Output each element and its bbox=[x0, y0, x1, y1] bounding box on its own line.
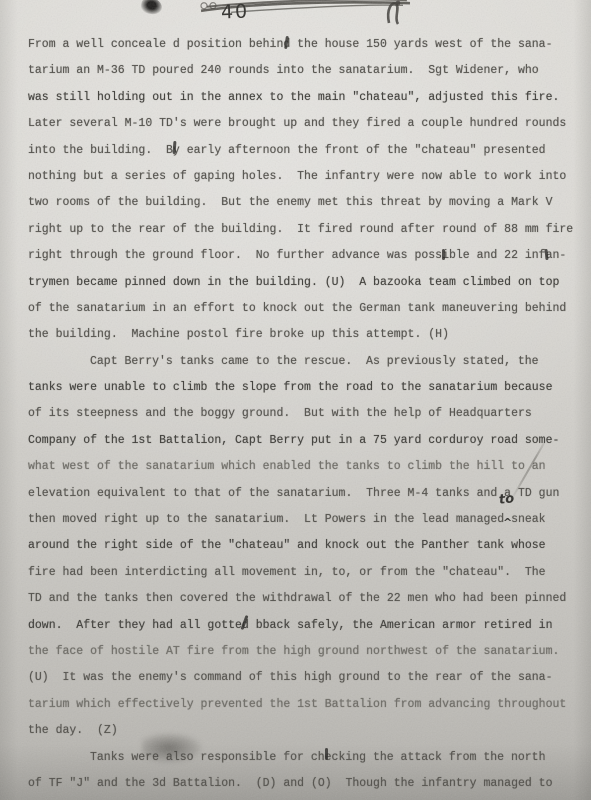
text-line: two rooms of the building. But the enemy… bbox=[0, 190, 591, 216]
insertion-caret: ^ bbox=[503, 518, 512, 528]
overstrike-mark-possible bbox=[442, 249, 445, 260]
text-line: Capt Berry's tanks came to the rescue. A… bbox=[0, 349, 591, 375]
text-line: into the building. By early afternoon th… bbox=[0, 138, 591, 164]
text-line: Later several M-10 TD's were brought up … bbox=[0, 111, 591, 137]
ink-blot bbox=[140, 0, 164, 16]
typewritten-text: From a well conceale d position behind t… bbox=[0, 32, 591, 797]
text-line: the face of hostile AT fire from the hig… bbox=[0, 639, 591, 665]
text-line: the day. (Z) bbox=[0, 718, 591, 744]
text-line: (U) It was the enemy's command of this h… bbox=[0, 665, 591, 691]
text-line: TD and the tanks then covered the withdr… bbox=[0, 586, 591, 612]
text-line: From a well conceale d position behind t… bbox=[0, 32, 591, 58]
text-line: of the sanatarium in an effort to knock … bbox=[0, 296, 591, 322]
handwritten-page-number: 40 bbox=[221, 1, 250, 24]
text-line: tarium which effectively prevented the 1… bbox=[0, 692, 591, 718]
ink-smudge bbox=[142, 733, 202, 763]
text-line: Tanks were also responsible for checking… bbox=[0, 745, 591, 771]
overstrike-mark-checking bbox=[325, 748, 328, 760]
text-line: right through the ground floor. No furth… bbox=[0, 243, 591, 269]
text-line: tanks were unable to climb the slope fro… bbox=[0, 375, 591, 401]
text-line: tarium an M-36 TD poured 240 rounds into… bbox=[0, 58, 591, 84]
text-line: was still holding out in the annex to th… bbox=[0, 85, 591, 111]
text-line: down. After they had all gotted bback sa… bbox=[0, 613, 591, 639]
text-line: right up to the rear of the building. It… bbox=[0, 217, 591, 243]
text-line: the building. Machine postol fire broke … bbox=[0, 322, 591, 348]
text-line: of its steepness and the boggy ground. B… bbox=[0, 401, 591, 427]
text-line: of TF "J" and the 3d Battalion. (D) and … bbox=[0, 771, 591, 797]
ink-squiggle bbox=[383, 0, 409, 26]
text-line: around the right side of the "chateau" a… bbox=[0, 533, 591, 559]
text-line: fire had been interdicting all movement … bbox=[0, 560, 591, 586]
text-line: Company of the 1st Battalion, Capt Berry… bbox=[0, 428, 591, 454]
scanned-document-page: From a well conceale d position behind t… bbox=[0, 0, 591, 800]
text-line: what west of the sanatarium which enable… bbox=[0, 454, 591, 480]
text-line: trymen became pinned down in the buildin… bbox=[0, 270, 591, 296]
text-line: nothing but a series of gaping holes. Th… bbox=[0, 164, 591, 190]
